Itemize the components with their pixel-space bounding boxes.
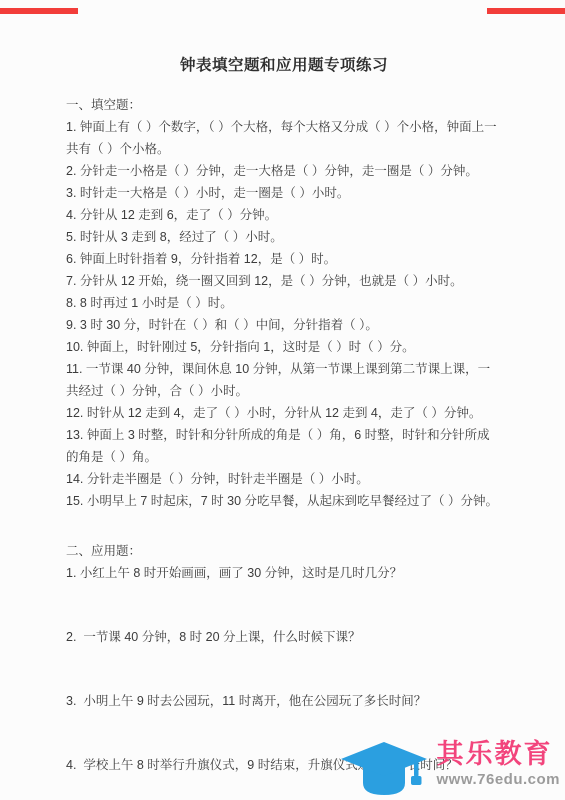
fill-item-15: 15. 小明早上 7 时起床，7 时 30 分吃早餐，从起床到吃早餐经过了（ ）… [66, 490, 502, 512]
fill-item-8: 8. 8 时再过 1 小时是（ ）时。 [66, 292, 502, 314]
footer-logo-text: 其乐教育 www.76edu.com [437, 740, 560, 788]
fill-item-7: 7. 分针从 12 开始，绕一圈又回到 12，是（ ）分钟，也就是（ ）小时。 [66, 270, 502, 292]
worksheet-content: 钟表填空题和应用题专项练习 一、填空题： 1. 钟面上有（ ）个数字，（ ）个大… [66, 54, 502, 776]
fill-item-2: 2. 分针走一小格是（ ）分钟，走一大格是（ ）分钟，走一圈是（ ）分钟。 [66, 160, 502, 182]
fill-item-9: 9. 3 时 30 分，时针在（ ）和（ ）中间，分针指着（ ）。 [66, 314, 502, 336]
fill-section: 1. 钟面上有（ ）个数字，（ ）个大格，每个大格又分成（ ）个小格，钟面上一共… [66, 116, 502, 512]
fill-item-10: 10. 钟面上，时针刚过 5，分针指向 1，这时是（ ）时（ ）分。 [66, 336, 502, 358]
fill-section-heading: 一、填空题： [66, 94, 502, 116]
fill-item-5: 5. 时针从 3 走到 8，经过了（ ）小时。 [66, 226, 502, 248]
application-item-1: 1. 小红上午 8 时开始画画，画了 30 分钟，这时是几时几分？ [66, 562, 502, 584]
fill-item-13: 13. 钟面上 3 时整，时针和分针所成的角是（ ）角，6 时整，时针和分针所成… [66, 424, 502, 468]
fill-item-1: 1. 钟面上有（ ）个数字，（ ）个大格，每个大格又分成（ ）个小格，钟面上一共… [66, 116, 502, 160]
brand-website: www.76edu.com [437, 771, 560, 788]
fill-item-3: 3. 时针走一大格是（ ）小时，走一圈是（ ）小时。 [66, 182, 502, 204]
brand-name: 其乐教育 [437, 740, 560, 769]
application-item-2: 2. 一节课 40 分钟，8 时 20 分上课，什么时候下课？ [66, 626, 502, 648]
footer-logo: 其乐教育 www.76edu.com [338, 739, 560, 797]
application-section-heading: 二、应用题： [66, 540, 502, 562]
top-red-bar-right [487, 8, 565, 14]
top-red-bar-left [0, 8, 78, 14]
fill-item-11: 11. 一节课 40 分钟，课间休息 10 分钟，从第一节课上课到第二节课上课，… [66, 358, 502, 402]
fill-item-12: 12. 时针从 12 走到 4，走了（ ）小时，分针从 12 走到 4，走了（ … [66, 402, 502, 424]
fill-item-6: 6. 钟面上时针指着 9，分针指着 12，是（ ）时。 [66, 248, 502, 270]
worksheet-page: 钟表填空题和应用题专项练习 一、填空题： 1. 钟面上有（ ）个数字，（ ）个大… [0, 0, 565, 800]
fill-item-4: 4. 分针从 12 走到 6，走了（ ）分钟。 [66, 204, 502, 226]
graduation-cap-icon [338, 739, 430, 797]
application-item-3: 3. 小明上午 9 时去公园玩，11 时离开，他在公园玩了多长时间？ [66, 690, 502, 712]
fill-item-14: 14. 分针走半圈是（ ）分钟，时针走半圈是（ ）小时。 [66, 468, 502, 490]
page-title: 钟表填空题和应用题专项练习 [66, 54, 502, 78]
